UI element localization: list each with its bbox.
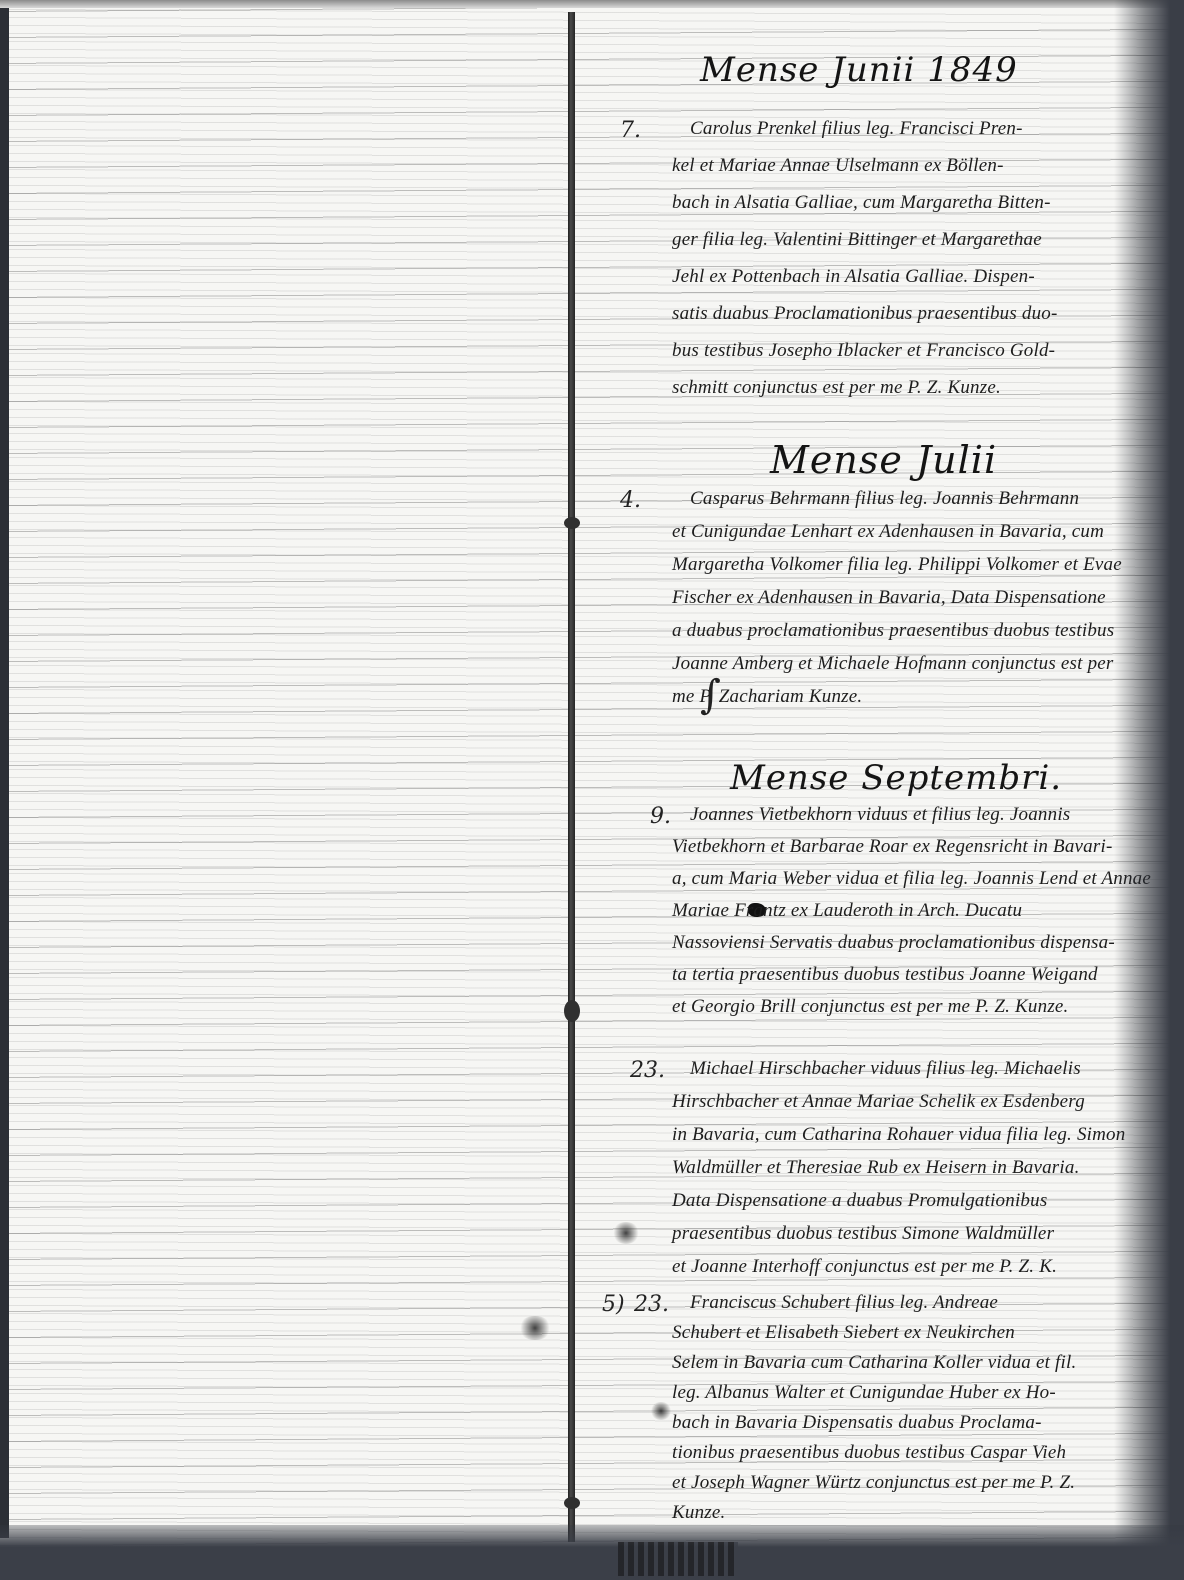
book-spine bbox=[568, 12, 575, 1542]
entry-line: et Joanne Interhoff conjunctus est per m… bbox=[672, 1256, 1057, 1278]
scanner-shadow-bottom bbox=[0, 1525, 1184, 1580]
entry-line: et Joseph Wagner Würtz conjunctus est pe… bbox=[672, 1472, 1075, 1494]
ink-smudge bbox=[518, 1316, 552, 1340]
scan-bottom-artifact bbox=[618, 1542, 738, 1576]
ink-smudge bbox=[650, 1402, 672, 1420]
entry-day: 7. bbox=[620, 118, 641, 143]
entry-line: Carolus Prenkel filius leg. Francisci Pr… bbox=[690, 118, 1023, 140]
page-top-edge bbox=[0, 0, 1184, 8]
entry-line: Hirschbacher et Annae Mariae Schelik ex … bbox=[672, 1091, 1085, 1113]
entry-line: Selem in Bavaria cum Catharina Koller vi… bbox=[672, 1352, 1076, 1374]
entry-line: Casparus Behrmann filius leg. Joannis Be… bbox=[690, 488, 1079, 510]
entry-line: Waldmüller et Theresiae Rub ex Heisern i… bbox=[672, 1157, 1080, 1179]
entry-line: et Cunigundae Lenhart ex Adenhausen in B… bbox=[672, 521, 1104, 543]
left-page-blank bbox=[10, 10, 565, 1530]
entry-line: Joanne Amberg et Michaele Hofmann conjun… bbox=[672, 653, 1114, 675]
entry-line: bus testibus Josepho Iblacker et Francis… bbox=[672, 340, 1055, 362]
spine-stitch bbox=[564, 1497, 580, 1509]
entry-line: schmitt conjunctus est per me P. Z. Kunz… bbox=[672, 377, 1001, 399]
month-heading-septembri: Mense Septembri. bbox=[730, 758, 1062, 798]
scanner-shadow-right bbox=[1114, 0, 1184, 1580]
entry-day: 23. bbox=[634, 1292, 669, 1317]
entry-line: bach in Bavaria Dispensatis duabus Procl… bbox=[672, 1412, 1042, 1434]
entry-line: bach in Alsatia Galliae, cum Margaretha … bbox=[672, 192, 1051, 214]
entry-line: leg. Albanus Walter et Cunigundae Huber … bbox=[672, 1382, 1056, 1404]
entry-line: ger filia leg. Valentini Bittinger et Ma… bbox=[672, 229, 1042, 251]
ink-smudge bbox=[612, 1222, 640, 1244]
entry-line: Schubert et Elisabeth Siebert ex Neukirc… bbox=[672, 1322, 1015, 1344]
entry-line: Kunze. bbox=[672, 1502, 725, 1524]
month-heading-junii: Mense Junii 1849 bbox=[700, 50, 1018, 90]
entry-line: Nassoviensi Servatis duabus proclamation… bbox=[672, 932, 1115, 954]
entry-line: in Bavaria, cum Catharina Rohauer vidua … bbox=[672, 1124, 1125, 1146]
entry-line: Mariae Frantz ex Lauderoth in Arch. Duca… bbox=[672, 900, 1022, 922]
entry-line: satis duabus Proclamationibus praesentib… bbox=[672, 303, 1058, 325]
entry-line: Franciscus Schubert filius leg. Andreae bbox=[690, 1292, 998, 1314]
margin-mark: 5) bbox=[602, 1292, 625, 1317]
month-heading-julii: Mense Julii bbox=[770, 438, 997, 482]
entry-line: kel et Mariae Annae Ulselmann ex Böllen- bbox=[672, 155, 1004, 177]
signature-flourish: ∫ bbox=[700, 672, 721, 718]
entry-line: Data Dispensatione a duabus Promulgation… bbox=[672, 1190, 1047, 1212]
entry-line: a duabus proclamationibus praesentibus d… bbox=[672, 620, 1114, 642]
entry-line: Fischer ex Adenhausen in Bavaria, Data D… bbox=[672, 587, 1106, 609]
entry-line: et Georgio Brill conjunctus est per me P… bbox=[672, 996, 1069, 1018]
entry-line: tionibus praesentibus duobus testibus Ca… bbox=[672, 1442, 1066, 1464]
spine-stitch bbox=[564, 1000, 580, 1022]
entry-day: 9. bbox=[650, 804, 671, 829]
entry-line: ta tertia praesentibus duobus testibus J… bbox=[672, 964, 1098, 986]
entry-line: Vietbekhorn et Barbarae Roar ex Regensri… bbox=[672, 836, 1112, 858]
left-binding-edge bbox=[0, 8, 9, 1538]
entry-line: Jehl ex Pottenbach in Alsatia Galliae. D… bbox=[672, 266, 1035, 288]
entry-line: Michael Hirschbacher viduus filius leg. … bbox=[690, 1058, 1081, 1080]
entry-line: praesentibus duobus testibus Simone Wald… bbox=[672, 1223, 1054, 1245]
entry-day: 23. bbox=[630, 1058, 665, 1083]
entry-line: Margaretha Volkomer filia leg. Philippi … bbox=[672, 554, 1122, 576]
entry-day: 4. bbox=[620, 488, 641, 513]
entry-line: a, cum Maria Weber vidua et filia leg. J… bbox=[672, 868, 1151, 890]
spine-stitch bbox=[564, 517, 580, 529]
entry-line: Joannes Vietbekhorn viduus et filius leg… bbox=[690, 804, 1070, 826]
